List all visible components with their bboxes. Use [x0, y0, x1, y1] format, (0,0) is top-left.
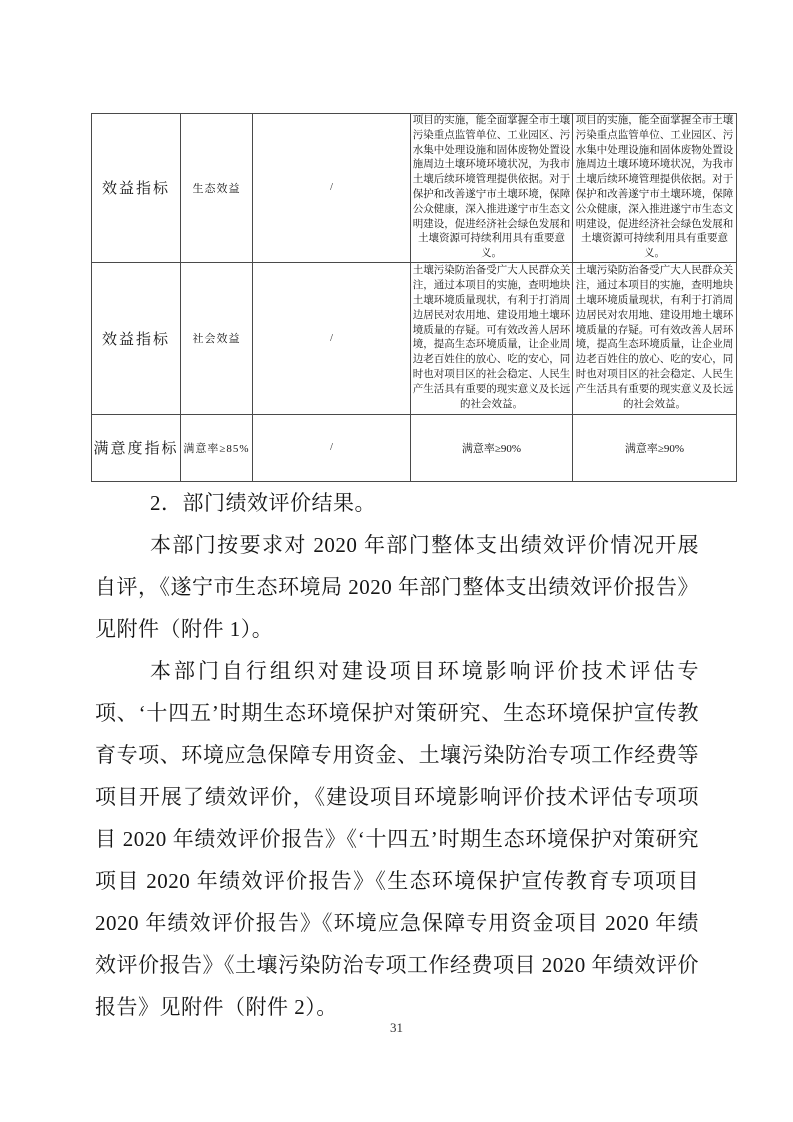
section-heading: 2．部门绩效评价结果。	[95, 482, 699, 524]
satisfaction-target-85: 满意率≥85%	[181, 414, 253, 481]
document-page: 效益指标 生态效益 / 项目的实施，能全面掌握全市土壤污染重点监管单位、工业园区…	[0, 0, 793, 1122]
indicator-table: 效益指标 生态效益 / 项目的实施，能全面掌握全市土壤污染重点监管单位、工业园区…	[91, 113, 737, 482]
paragraph-project-evaluations: 本部门自行组织对建设项目环境影响评价技术评估专项、‘十四五’时期生态环境保护对策…	[95, 650, 699, 1028]
satisfaction-value-90-1: 满意率≥90%	[411, 414, 573, 481]
table-row-satisfaction: 满意度指标 满意率≥85% / 满意率≥90% 满意率≥90%	[92, 414, 737, 481]
ecological-benefit-description-2: 项目的实施，能全面掌握全市土壤污染重点监管单位、工业园区、污水集中处理设施和固体…	[573, 114, 737, 263]
satisfaction-slash-cell: /	[253, 414, 411, 481]
ecological-benefit-slash-cell: /	[253, 114, 411, 263]
satisfaction-value-90-2: 满意率≥90%	[573, 414, 737, 481]
benefit-indicator-label: 效益指标	[92, 262, 181, 414]
table-row-social-benefit: 效益指标 社会效益 / 土壤污染防治备受广大人民群众关注，通过本项目的实施，查明…	[92, 262, 737, 414]
body-text-block: 2．部门绩效评价结果。 本部门按要求对 2020 年部门整体支出绩效评价情况开展…	[95, 482, 699, 1028]
social-benefit-description-2: 土壤污染防治备受广大人民群众关注，通过本项目的实施，查明地块土壤环境质量现状，有…	[573, 262, 737, 414]
paragraph-department-self-evaluation: 本部门按要求对 2020 年部门整体支出绩效评价情况开展自评，《遂宁市生态环境局…	[95, 524, 699, 650]
ecological-benefit-label: 生态效益	[181, 114, 253, 263]
benefit-indicator-label: 效益指标	[92, 114, 181, 263]
social-benefit-label: 社会效益	[181, 262, 253, 414]
satisfaction-indicator-label: 满意度指标	[92, 414, 181, 481]
social-benefit-slash-cell: /	[253, 262, 411, 414]
ecological-benefit-description-1: 项目的实施，能全面掌握全市土壤污染重点监管单位、工业园区、污水集中处理设施和固体…	[411, 114, 573, 263]
page-number: 31	[0, 1020, 793, 1036]
social-benefit-description-1: 土壤污染防治备受广大人民群众关注，通过本项目的实施，查明地块土壤环境质量现状，有…	[411, 262, 573, 414]
table-row-ecological-benefit: 效益指标 生态效益 / 项目的实施，能全面掌握全市土壤污染重点监管单位、工业园区…	[92, 114, 737, 263]
